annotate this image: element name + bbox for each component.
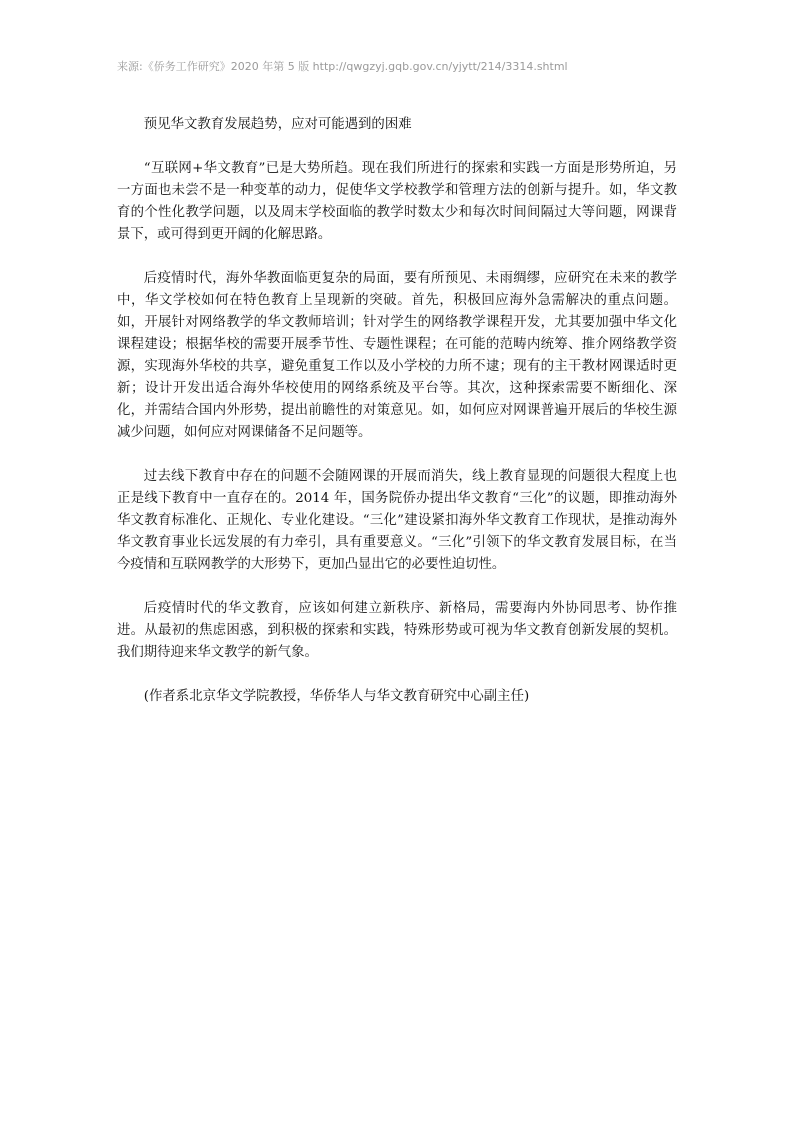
source-citation: 来源:《侨务工作研究》2020 年第 5 版 http://qwgzyj.gqb… — [117, 58, 568, 74]
paragraph-post-pandemic: 后疫情时代，海外华教面临更复杂的局面，要有所预见、未雨绸缪，应研究在未来的教学中… — [117, 268, 677, 444]
paragraph-internet-education: “互联网+华文教育”已是大势所趋。现在我们所进行的探索和实践一方面是形势所迫，另… — [117, 158, 677, 246]
article-body: 预见华文教育发展趋势，应对可能遇到的困难 “互联网+华文教育”已是大势所趋。现在… — [117, 114, 677, 708]
paragraph-three-modernizations: 过去线下教育中存在的问题不会随网课的开展而消失，线上教育显现的问题很大程度上也正… — [117, 466, 677, 576]
author-signature: (作者系北京华文学院教授，华侨华人与华文教育研究中心副主任) — [117, 686, 677, 708]
section-heading: 预见华文教育发展趋势，应对可能遇到的困难 — [117, 114, 677, 136]
paragraph-new-order: 后疫情时代的华文教育，应该如何建立新秩序、新格局，需要海内外协同思考、协作推进。… — [117, 598, 677, 664]
